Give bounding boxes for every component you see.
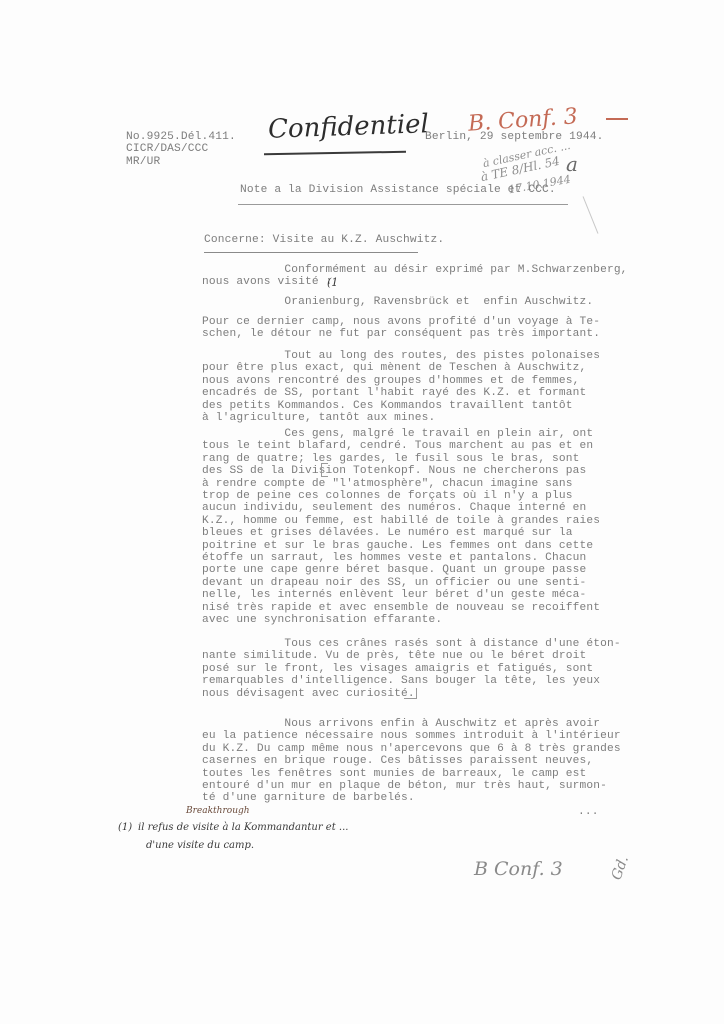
- paragraph-4: Tout au long des routes, des pistes polo…: [202, 350, 600, 424]
- footnote-marker: (1): [118, 822, 132, 833]
- footnote-insertion: Breakthrough: [186, 806, 250, 816]
- pencil-stroke: [583, 196, 599, 233]
- confidential-underline: [264, 151, 406, 155]
- paragraph-5: Ces gens, malgré le travail en plein air…: [202, 428, 600, 627]
- reference-line-1: No.9925.Dél.411.: [126, 131, 236, 143]
- pencil-initial: a: [566, 152, 578, 176]
- editing-bracket: [321, 463, 328, 477]
- paragraph-7: Nous arrivons enfin à Auschwitz et après…: [202, 718, 621, 805]
- place-date: Berlin, 29 septembre 1944.: [425, 131, 603, 143]
- addressee-line: Note a la Division Assistance spéciale e…: [240, 184, 556, 196]
- editing-bracket-end: [404, 688, 417, 699]
- continuation-mark: ...: [578, 806, 599, 818]
- reference-block: No.9925.Dél.411. CICR/DAS/CCC MR/UR: [126, 131, 236, 168]
- addressee-underline: [238, 204, 568, 205]
- paragraph-1: Conformément au désir exprimé par M.Schw…: [202, 264, 628, 289]
- confidential-stamp: Confidentiel: [268, 109, 430, 145]
- paragraph-3: Pour ce dernier camp, nous avons profité…: [202, 316, 600, 341]
- footnote-line-1: il refus de visite à la Kommandantur et …: [138, 822, 348, 833]
- subject-line: Concerne: Visite au K.Z. Auschwitz.: [204, 234, 444, 246]
- subject-underline: [204, 252, 418, 253]
- reference-line-2: CICR/DAS/CCC: [126, 143, 208, 155]
- red-dash: [606, 118, 628, 120]
- footnote-line-2: d'une visite du camp.: [146, 840, 254, 851]
- footnote-ref-mark: (1: [327, 276, 338, 289]
- initials: Gd.: [609, 854, 632, 883]
- reference-line-3: MR/UR: [126, 156, 160, 168]
- paragraph-2: Oranienburg, Ravensbrück et enfin Auschw…: [202, 296, 593, 308]
- document-page: No.9925.Dél.411. CICR/DAS/CCC MR/UR Conf…: [0, 0, 724, 1024]
- archive-mark-pencil: B Conf. 3: [474, 858, 563, 880]
